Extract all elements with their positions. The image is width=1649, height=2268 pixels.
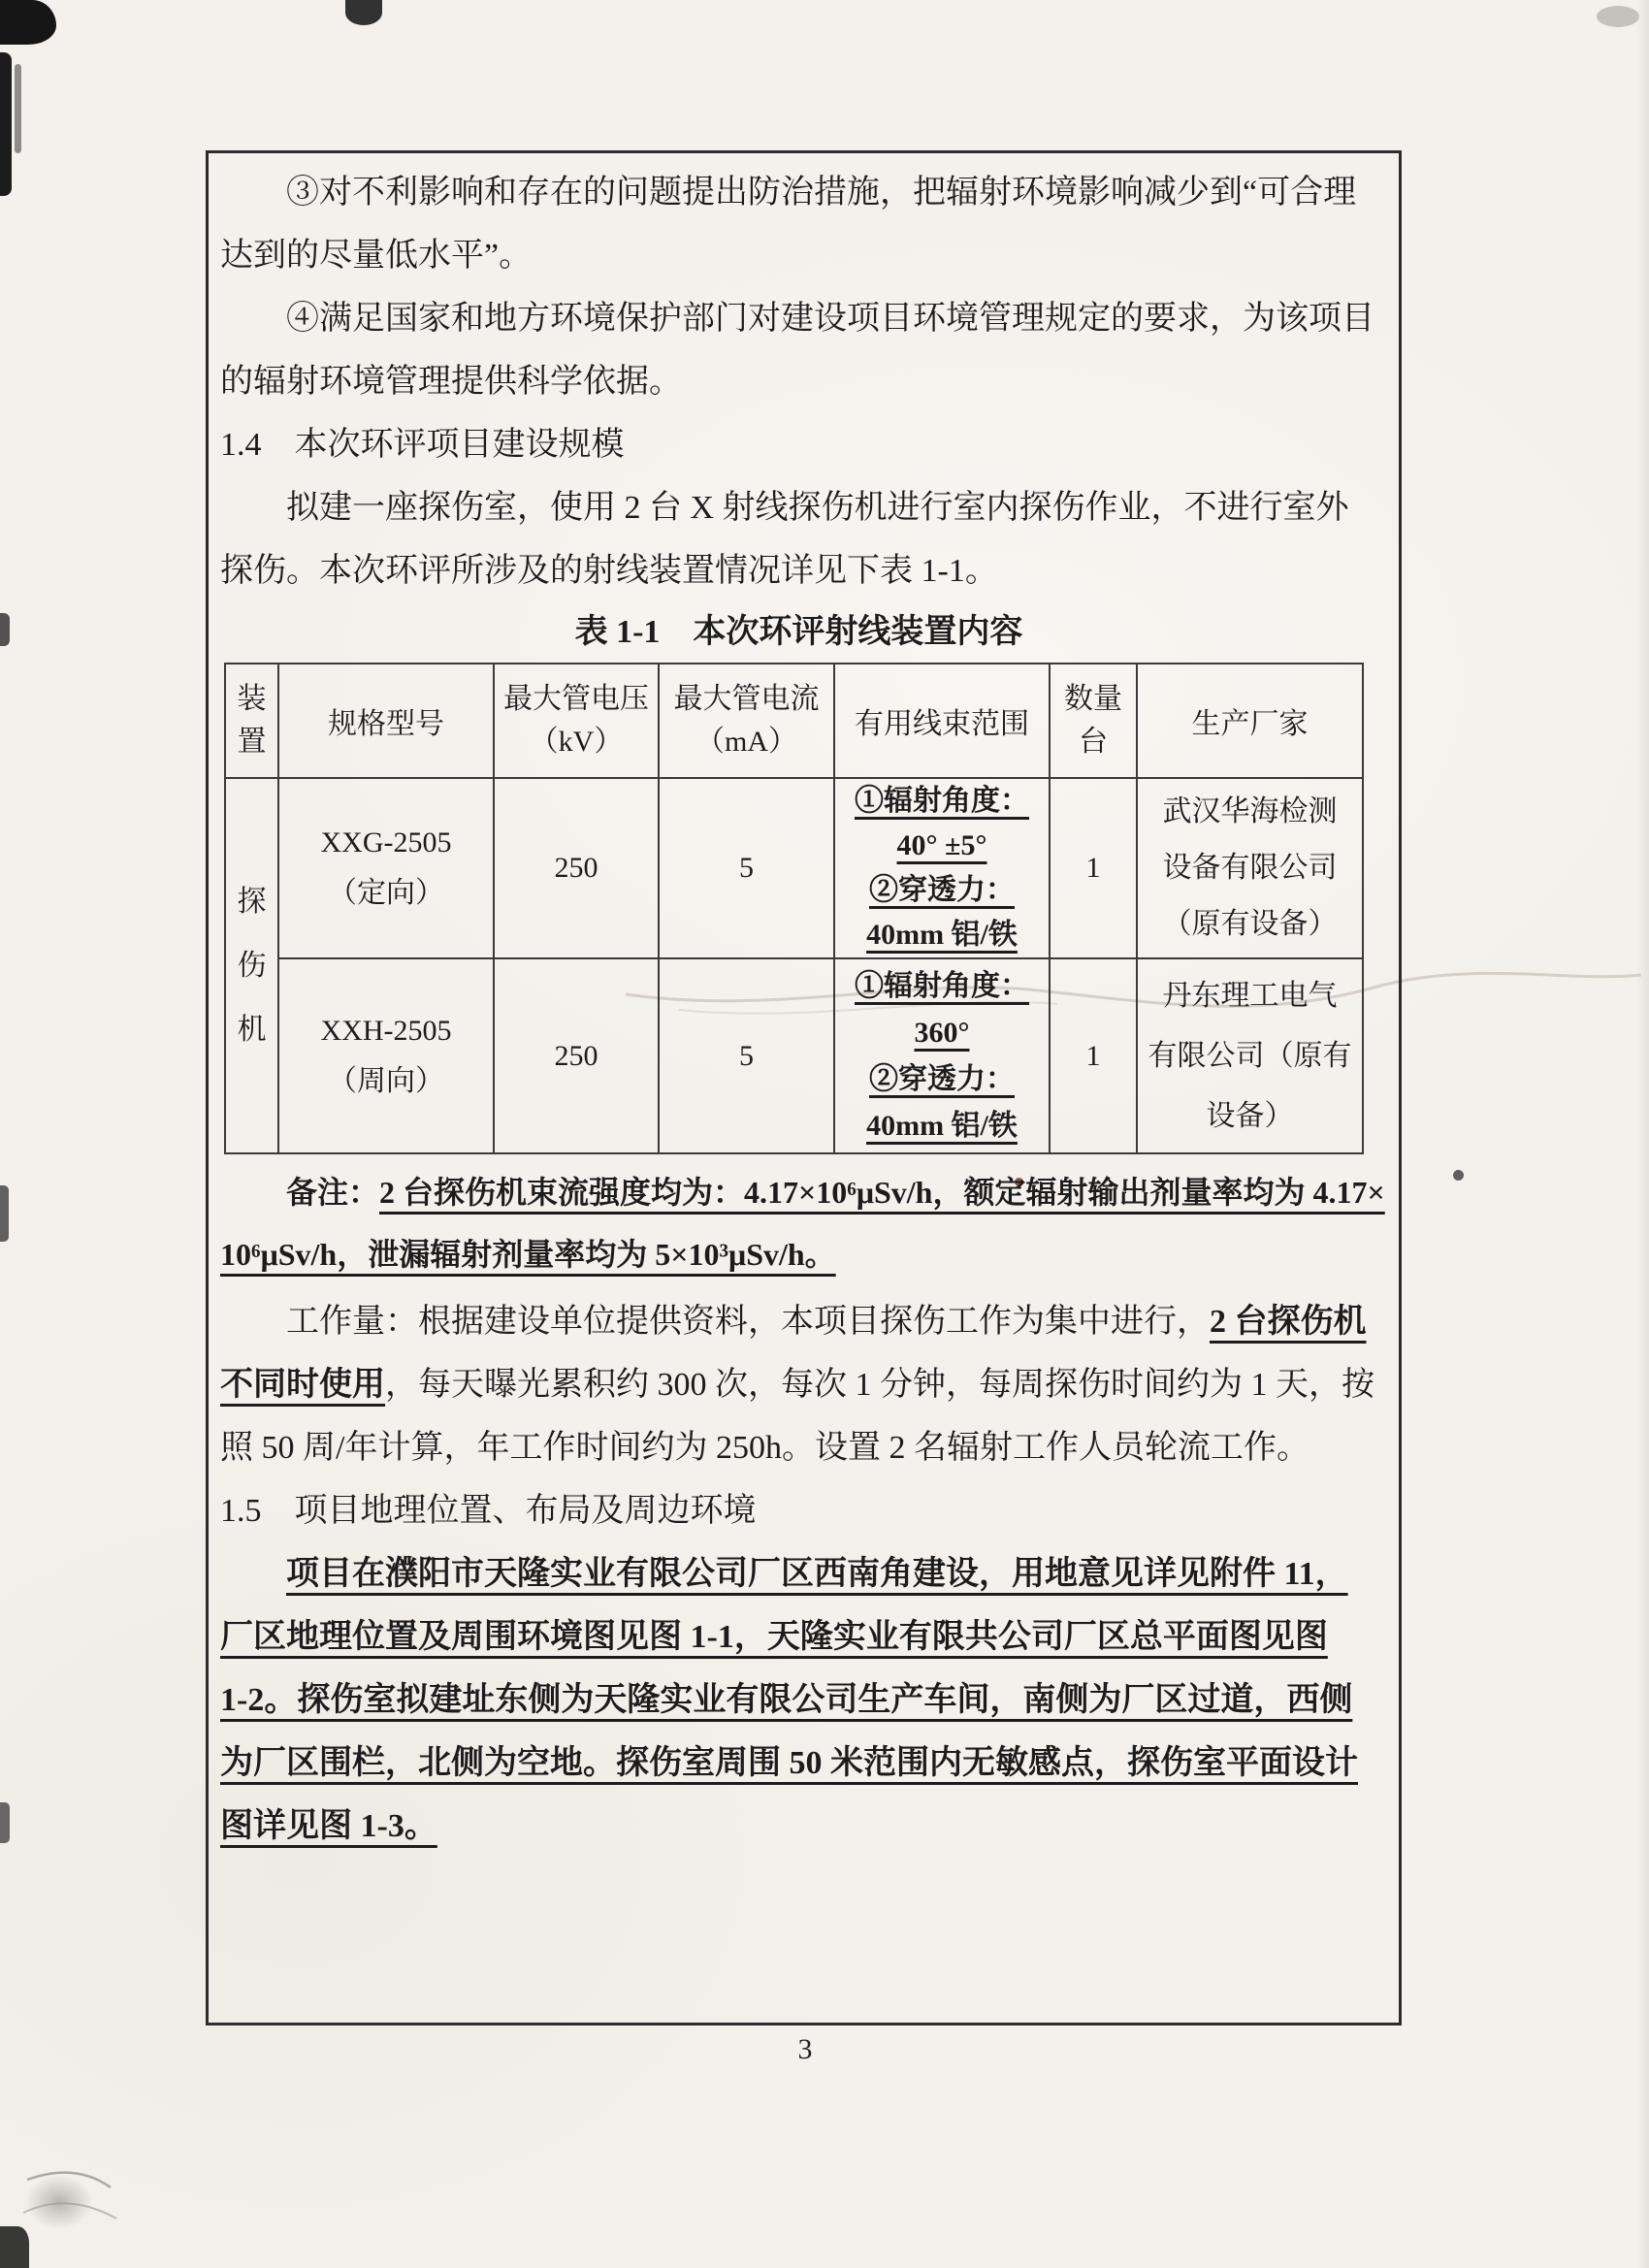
table-note-line2: 10⁶μSv/h，泄漏辐射剂量率均为 5×10³μSv/h。 [220, 1223, 1377, 1285]
location-text: 1-2。探伤室拟建址东侧为天隆实业有限公司生产车间，南侧为厂区过道，西侧 [220, 1682, 1352, 1718]
beam-text: 40mm 铝/铁 [866, 919, 1018, 951]
scan-smudge-top-left [0, 0, 56, 45]
beam-text: 40° ±5° [897, 829, 987, 861]
beam-text: ①辐射角度： [855, 785, 1029, 817]
paragraph-measures-line1: ③对不利影响和存在的问题提出防治措施，把辐射环境影响减少到“可合理 [220, 161, 1377, 224]
header-manufacturer: 生产厂家 [1137, 664, 1363, 778]
scan-smudge-top [345, 0, 382, 25]
cell-beam-2: ①辐射角度： 360° ②穿透力： 40mm 铝/铁 [834, 958, 1050, 1153]
paragraph-location-line5: 图详见图 1-3。 [220, 1795, 1377, 1858]
beam-text: ②穿透力： [869, 1063, 1015, 1095]
pencil-scribble [17, 2158, 134, 2255]
cell-ma-2: 5 [659, 958, 834, 1153]
table-row-xxg2505: 探 伤 机 XXG-2505 （定向） 250 5 ①辐射角度： 40° ±5°… [225, 778, 1363, 958]
beam-line: ①辐射角度： [835, 963, 1049, 1010]
paragraph-location-line4: 为厂区围栏，北侧为空地。探伤室周围 50 米范围内无敏感点，探伤室平面设计 [220, 1732, 1377, 1795]
cell-model-2: XXH-2505 （周向） [278, 958, 494, 1153]
workload-lead: 工作量：根据建设单位提供资料，本项目探伤工作为集中进行， [286, 1304, 1210, 1340]
header-device: 装 置 [225, 664, 278, 778]
cell-beam-1: ①辐射角度： 40° ±5° ②穿透力： 40mm 铝/铁 [834, 778, 1050, 958]
paragraph-scale-line2: 探伤。本次环评所涉及的射线装置情况详见下表 1-1。 [220, 539, 1377, 602]
header-max-kv: 最大管电压 （kV） [494, 664, 659, 778]
paragraph-workload-line1: 工作量：根据建设单位提供资料，本项目探伤工作为集中进行，2 台探伤机 [220, 1290, 1377, 1353]
table-row-xxh2505: XXH-2505 （周向） 250 5 ①辐射角度： 360° ②穿透力： 40… [225, 958, 1363, 1153]
scan-edge-shadow-right [1635, 0, 1649, 2268]
paragraph-measures-line2: 达到的尽量低水平”。 [220, 224, 1377, 287]
cell-qty-1: 1 [1050, 778, 1137, 958]
paragraph-location-line3: 1-2。探伤室拟建址东侧为天隆实业有限公司生产车间，南侧为厂区过道，西侧 [220, 1669, 1377, 1732]
table-note-line1: 备注：2 台探伤机束流强度均为：4.17×10⁶μSv/h，额定辐射输出剂量率均… [220, 1161, 1377, 1223]
cell-manufacturer-2: 丹东理工电气 有限公司（原有 设备） [1137, 958, 1363, 1153]
beam-text: 360° [915, 1017, 970, 1049]
paragraph-location-line2: 厂区地理位置及周围环境图见图 1-1，天隆实业有限共公司厂区总平面图见图 [220, 1605, 1377, 1669]
beam-line: ①辐射角度： [835, 779, 1049, 824]
header-quantity: 数量 台 [1050, 664, 1137, 778]
beam-line: 360° [835, 1010, 1049, 1056]
scanned-document-page: ③对不利影响和存在的问题提出防治措施，把辐射环境影响减少到“可合理 达到的尽量低… [0, 0, 1649, 2268]
scan-mark-left-1 [0, 613, 10, 646]
location-text: 图详见图 1-3。 [220, 1808, 437, 1844]
scan-dot-dark [1453, 1170, 1464, 1181]
beam-line: ②穿透力： [835, 1056, 1049, 1103]
paragraph-workload-line3: 照 50 周/年计算，年工作时间约为 250h。设置 2 名辐射工作人员轮流工作… [220, 1416, 1377, 1479]
location-text: 为厂区围栏，北侧为空地。探伤室周围 50 米范围内无敏感点，探伤室平面设计 [220, 1745, 1358, 1781]
cell-kv-1: 250 [494, 778, 659, 958]
header-model: 规格型号 [278, 664, 494, 778]
cell-model-1: XXG-2505 （定向） [278, 778, 494, 958]
header-beam-range: 有用线束范围 [834, 664, 1050, 778]
workload-emphasis: 不同时使用 [220, 1367, 385, 1403]
paragraph-requirements-line2: 的辐射环境管理提供科学依据。 [220, 350, 1377, 413]
note-text: 2 台探伤机束流强度均为：4.17×10⁶μSv/h，额定辐射输出剂量率均为 4… [379, 1175, 1385, 1210]
beam-text: 40mm 铝/铁 [866, 1110, 1018, 1142]
beam-line: 40° ±5° [835, 824, 1049, 868]
beam-line: 40mm 铝/铁 [835, 913, 1049, 957]
cell-qty-2: 1 [1050, 958, 1137, 1153]
location-text: 厂区地理位置及周围环境图见图 1-1，天隆实业有限共公司厂区总平面图见图 [220, 1619, 1328, 1655]
beam-line: ②穿透力： [835, 868, 1049, 913]
page-number: 3 [0, 2033, 1610, 2066]
radiation-device-table: 装 置 规格型号 最大管电压 （kV） 最大管电流 （mA） 有用线束范围 数量… [224, 663, 1364, 1154]
header-max-ma: 最大管电流 （mA） [659, 664, 834, 778]
section-heading-1-5: 1.5 项目地理位置、布局及周边环境 [220, 1479, 1377, 1542]
note-text: 10⁶μSv/h，泄漏辐射剂量率均为 5×10³μSv/h。 [220, 1237, 836, 1272]
beam-line: 40mm 铝/铁 [835, 1103, 1049, 1150]
paragraph-requirements-line1: ④满足国家和地方环境保护部门对建设项目环境管理规定的要求，为该项目 [220, 287, 1377, 350]
paragraph-scale-line1: 拟建一座探伤室，使用 2 台 X 射线探伤机进行室内探伤作业，不进行室外 [220, 476, 1377, 539]
scan-smudge-top-right [1597, 6, 1639, 27]
paragraph-location-line1: 项目在濮阳市天隆实业有限公司厂区西南角建设，用地意见详见附件 11， [220, 1542, 1377, 1605]
workload-text: ，每天曝光累积约 300 次，每次 1 分钟，每周探伤时间约为 1 天，按 [385, 1367, 1374, 1403]
note-label: 备注： [286, 1175, 379, 1210]
scan-mark-left-3 [0, 1802, 10, 1843]
scan-mark-left-2 [0, 1185, 9, 1242]
cell-manufacturer-1: 武汉华海检测 设备有限公司 （原有设备） [1137, 778, 1363, 958]
table-header-row: 装 置 规格型号 最大管电压 （kV） 最大管电流 （mA） 有用线束范围 数量… [225, 664, 1363, 778]
content-border-box: ③对不利影响和存在的问题提出防治措施，把辐射环境影响减少到“可合理 达到的尽量低… [206, 150, 1402, 2025]
beam-text: ①辐射角度： [855, 970, 1029, 1002]
cell-device-group: 探 伤 机 [225, 778, 278, 1153]
workload-emphasis: 2 台探伤机 [1210, 1304, 1367, 1340]
paragraph-workload-line2: 不同时使用，每天曝光累积约 300 次，每次 1 分钟，每周探伤时间约为 1 天… [220, 1353, 1377, 1416]
scan-streak-left-light [15, 64, 21, 153]
section-heading-1-4: 1.4 本次环评项目建设规模 [220, 413, 1377, 476]
cell-ma-1: 5 [659, 778, 834, 958]
beam-text: ②穿透力： [869, 874, 1015, 906]
table-title: 表 1-1 本次环评射线装置内容 [220, 602, 1377, 663]
cell-kv-2: 250 [494, 958, 659, 1153]
location-text: 项目在濮阳市天隆实业有限公司厂区西南角建设，用地意见详见附件 11， [286, 1556, 1348, 1592]
scan-streak-left [0, 52, 12, 196]
